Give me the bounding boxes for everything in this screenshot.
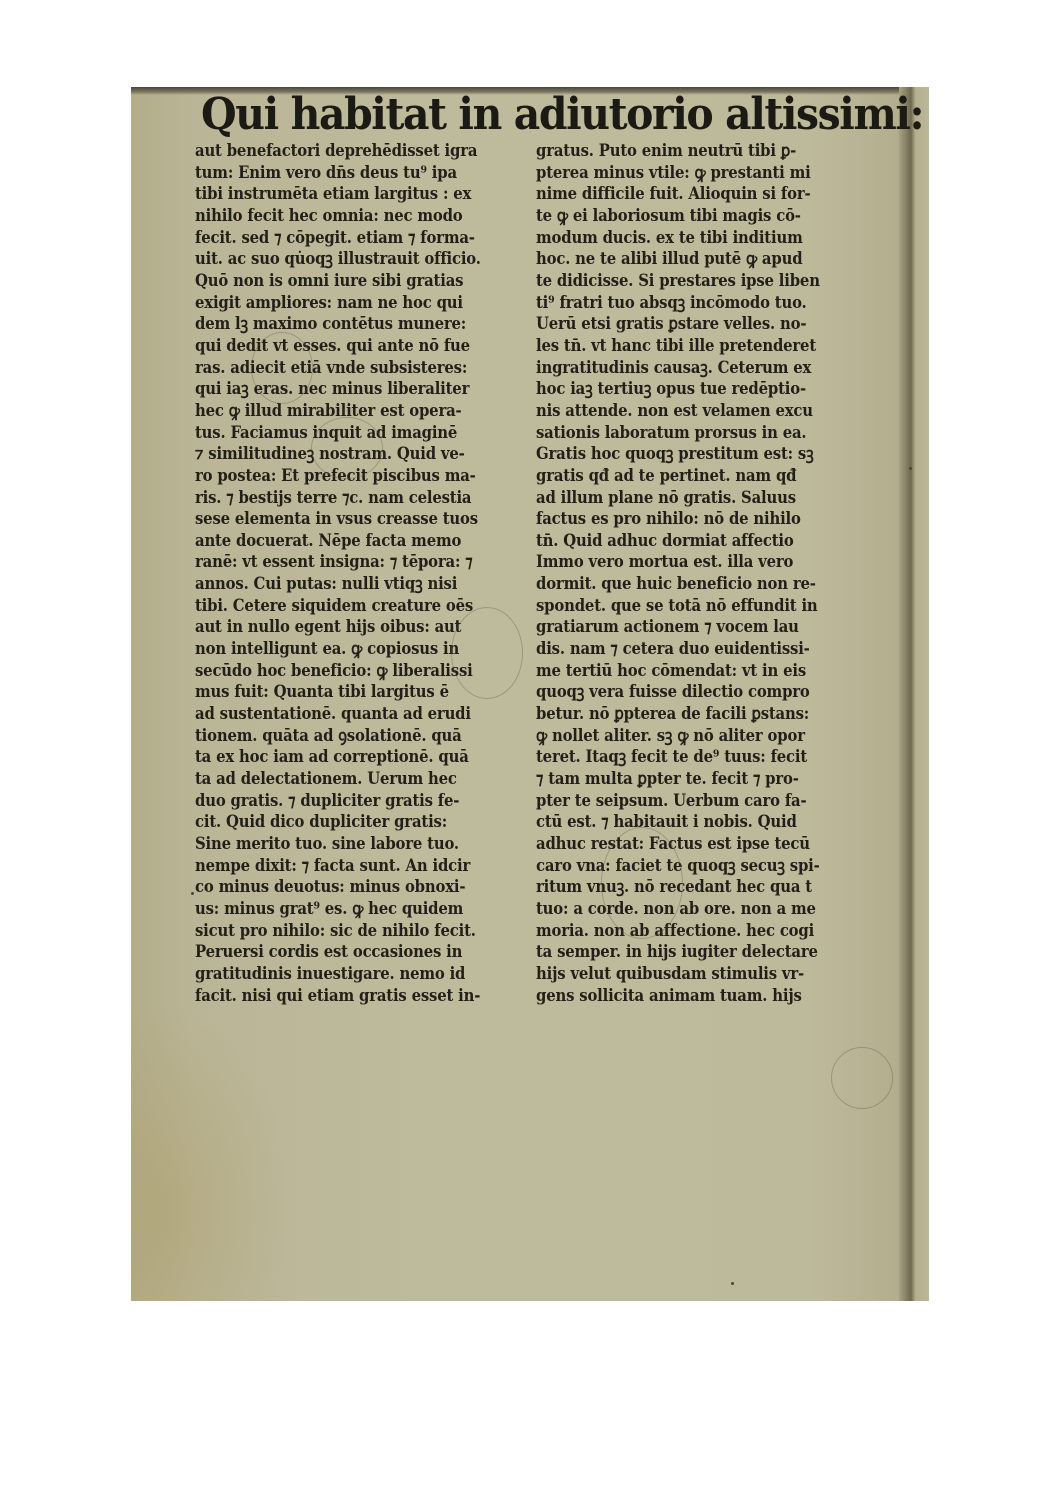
text-line: hoc iaꝫ tertiuꝫ opus tue redēptio-: [536, 378, 847, 400]
text-line: ante docuerat. Nēpe facta memo: [195, 530, 497, 552]
text-line: nihilo fecit hec omnia: nec modo: [195, 205, 497, 227]
text-line: aut in nullo egent hijs oibus: aut: [195, 616, 497, 638]
text-column-left: aut benefactori deprehēdisset igratum: E…: [195, 140, 531, 1006]
text-line: hec ꝙ illud mirabiliter est opera-: [195, 400, 497, 422]
paper-stain: [131, 1001, 291, 1301]
text-line: ꝙ nollet aliter. sꝫ ꝙ nō aliter opor: [536, 725, 847, 747]
text-line: moria. non ab affectione. hec cogi: [536, 920, 847, 942]
text-line: Uerū etsi gratis ꝑstare velles. no-: [536, 313, 847, 335]
text-line: tuo: a corde. non ab ore. non a me: [536, 898, 847, 920]
text-line: gratitudinis inuestigare. nemo id: [195, 963, 497, 985]
text-line: non intelligunt ea. ꝙ copiosus in: [195, 638, 497, 660]
text-line: ti⁹ fratri tuo absqꝫ incōmodo tuo.: [536, 292, 847, 314]
ink-speck: [191, 892, 194, 895]
text-column-right: gratus. Puto enim neutrū tibi ꝑ-pterea m…: [536, 140, 881, 1006]
text-line: tn̄. Quid adhuc dormiat affectio: [536, 530, 847, 552]
text-line: hoc. ne te alibi illud putē ꝙ apud: [536, 248, 847, 270]
text-line: exigit ampliores: nam ne hoc qui: [195, 292, 497, 314]
text-line: tibi. Cetere siquidem creature oēs: [195, 595, 497, 617]
text-line: pter te seipsum. Uerbum caro fa-: [536, 790, 847, 812]
text-line: ad illum plane nō gratis. Saluus: [536, 487, 847, 509]
text-line: us: minus grat⁹ es. ꝙ hec quidem: [195, 898, 497, 920]
text-line: Immo vero mortua est. illa vero: [536, 551, 847, 573]
text-line: modum ducis. ex te tibi inditium: [536, 227, 847, 249]
text-line: ta ad delectationem. Uerum hec: [195, 768, 497, 790]
text-line: hijs velut quibusdam stimulis vr-: [536, 963, 847, 985]
text-line: nempe dixit: ⁊ facta sunt. An idcir: [195, 855, 497, 877]
text-line: les tn̄. vt hanc tibi ille pretenderet: [536, 335, 847, 357]
running-head: Qui habitat in adiutorio altissimi:: [201, 89, 923, 140]
text-line: tibi instrumēta etiam largitus : ex: [195, 183, 497, 205]
ink-speck: [731, 1282, 734, 1285]
text-line: spondet. que se totā nō effundit in: [536, 595, 847, 617]
text-line: ro postea: Et prefecit piscibus ma-: [195, 465, 497, 487]
text-line: Quō non is omni iure sibi gratias: [195, 270, 497, 292]
text-line: pterea minus vtile: ꝙ prestanti mi: [536, 162, 847, 184]
text-line: ⁊ similitudineꝫ nostram. Quid ve-: [195, 443, 497, 465]
text-line: facit. nisi qui etiam gratis esset in-: [195, 985, 497, 1007]
text-line: caro vna: faciet te quoqꝫ secuꝫ spi-: [536, 855, 847, 877]
text-line: adhuc restat: Factus est ipse tecū: [536, 833, 847, 855]
text-line: qui dedit vt esses. qui ante nō fue: [195, 335, 497, 357]
text-line: factus es pro nihilo: nō de nihilo: [536, 508, 847, 530]
text-line: Sine merito tuo. sine labore tuo.: [195, 833, 497, 855]
text-line: sicut pro nihilo: sic de nihilo fecit.: [195, 920, 497, 942]
text-line: annos. Cui putas: nulli vtiqꝫ nisi: [195, 573, 497, 595]
text-line: duo gratis. ⁊ dupliciter gratis fe-: [195, 790, 497, 812]
text-line: ctū est. ⁊ habitauit i nobis. Quid: [536, 811, 847, 833]
text-line: me tertiū hoc cōmendat: vt in eis: [536, 660, 847, 682]
text-line: qui iaꝫ eras. nec minus liberaliter: [195, 378, 497, 400]
text-line: fecit. sed ⁊ cōpegit. etiam ⁊ forma-: [195, 227, 497, 249]
text-line: nime difficile fuit. Alioquin si for-: [536, 183, 847, 205]
text-line: tum: Enim vero dn̄s deus tu⁹ ipa: [195, 162, 497, 184]
text-line: betur. nō ꝑpterea de facili ꝑstans:: [536, 703, 847, 725]
page-gutter: [899, 87, 929, 1301]
text-line: quoqꝫ vera fuisse dilectio compro: [536, 681, 847, 703]
text-line: ris. ⁊ bestijs terre ⁊c. nam celestia: [195, 487, 497, 509]
scanned-page: Qui habitat in adiutorio altissimi: aut …: [131, 87, 929, 1301]
watermark-trace: [831, 1047, 893, 1109]
text-line: mus fuit: Quanta tibi largitus ē: [195, 681, 497, 703]
text-line: te didicisse. Si prestares ipse liben: [536, 270, 847, 292]
text-line: cit. Quid dico dupliciter gratis:: [195, 811, 497, 833]
ink-speck: [909, 467, 912, 470]
text-line: gratis qđ ad te pertinet. nam qđ: [536, 465, 847, 487]
text-line: uit. ac suo qu̇oqꝫ illustrauit officio.: [195, 248, 497, 270]
text-line: Gratis hoc quoqꝫ prestitum est: sꝫ: [536, 443, 847, 465]
text-line: ras. adiecit etiā vnde subsisteres:: [195, 357, 497, 379]
text-line: gratus. Puto enim neutrū tibi ꝑ-: [536, 140, 847, 162]
text-line: sationis laboratum prorsus in ea.: [536, 422, 847, 444]
text-line: ta semper. in hijs iugiter delectare: [536, 941, 847, 963]
text-line: ⁊ tam multa ꝑpter te. fecit ⁊ pro-: [536, 768, 847, 790]
text-line: ad sustentationē. quanta ad erudi: [195, 703, 497, 725]
text-line: Peruersi cordis est occasiones in: [195, 941, 497, 963]
text-line: co minus deuotus: minus obnoxi-: [195, 876, 497, 898]
text-line: te ꝙ ei laboriosum tibi magis cō-: [536, 205, 847, 227]
text-line: ranē: vt essent insigna: ⁊ tēpora: ⁊: [195, 551, 497, 573]
text-line: tionem. quāta ad ꝯsolationē. quā: [195, 725, 497, 747]
text-line: gens sollicita animam tuam. hijs: [536, 985, 847, 1007]
text-line: ta ex hoc iam ad correptionē. quā: [195, 746, 497, 768]
text-line: aut benefactori deprehēdisset igra: [195, 140, 497, 162]
text-line: dis. nam ⁊ cetera duo euidentissi-: [536, 638, 847, 660]
text-line: dormit. que huic beneficio non re-: [536, 573, 847, 595]
text-line: nis attende. non est velamen excu: [536, 400, 847, 422]
text-line: ingratitudinis causaꝫ. Ceterum ex: [536, 357, 847, 379]
text-line: sese elementa in vsus creasse tuos: [195, 508, 497, 530]
text-line: secūdo hoc beneficio: ꝙ liberalissi: [195, 660, 497, 682]
text-line: dem lꝫ maximo contētus munere:: [195, 313, 497, 335]
text-line: gratiarum actionem ⁊ vocem lau: [536, 616, 847, 638]
text-line: ritum vnuꝫ. nō recedant hec qua t: [536, 876, 847, 898]
text-line: teret. Itaqꝫ fecit te de⁹ tuus: fecit: [536, 746, 847, 768]
text-line: tus. Faciamus inquit ad imaginē: [195, 422, 497, 444]
